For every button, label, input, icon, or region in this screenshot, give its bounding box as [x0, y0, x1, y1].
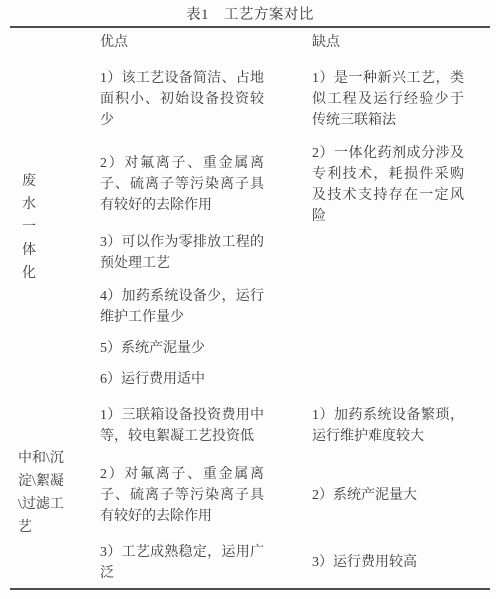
disadvantage-cell: 1）是一种新兴工艺，类似工程及运行经验少于传统三联箱法 — [302, 57, 490, 142]
disadvantage-cell — [302, 335, 490, 362]
advantage-cell: 1）三联箱设备投资费用中等，较电絮凝工艺投资低 — [90, 397, 302, 454]
table-title: 表1 工艺方案对比 — [10, 5, 490, 26]
row-group-label-text: 废 水 一 体 化 — [10, 170, 90, 285]
disadvantage-cell: 3）运行费用较高 — [302, 537, 490, 589]
disadvantage-cell — [302, 279, 490, 335]
col-header-disadvantages: 缺点 — [302, 27, 490, 57]
disadvantage-cell — [302, 362, 490, 397]
advantage-cell: 2）对氟离子、重金属离子、硫离子等污染离子具有较好的去除作用 — [90, 454, 302, 537]
row-group-label-text: 中和\沉 淀\絮凝 \过滤工 艺 — [10, 447, 90, 539]
corner-cell — [10, 27, 90, 57]
disadvantage-cell: 2）系统产泥量大 — [302, 454, 490, 537]
advantage-cell: 3）工艺成熟稳定，运用广泛 — [90, 537, 302, 589]
advantage-cell: 3）可以作为零排放工程的预处理工艺 — [90, 227, 302, 279]
table-header-row: 优点 缺点 — [10, 27, 490, 57]
advantage-cell: 2）对氟离子、重金属离子、硫离子等污染离子具有较好的去除作用 — [90, 142, 302, 227]
advantage-cell: 1）该工艺设备简洁、占地面积小、初始设备投资较少 — [90, 57, 302, 142]
disadvantage-cell: 1）加药系统设备繁琐，运行维护难度较大 — [302, 397, 490, 454]
advantage-cell: 4）加药系统设备少，运行维护工作量少 — [90, 279, 302, 335]
document-page: 表1 工艺方案对比 优点 缺点 废 水 一 体 化 — [0, 0, 496, 590]
advantage-cell: 6）运行费用适中 — [90, 362, 302, 397]
disadvantage-cell: 2）一体化药剂成分涉及专利技术，耗损件采购及技术支持存在一定风险 — [302, 142, 490, 227]
table-row: 废 水 一 体 化 1）该工艺设备简洁、占地面积小、初始设备投资较少 1）是一种… — [10, 57, 490, 142]
table-row: 中和\沉 淀\絮凝 \过滤工 艺 1）三联箱设备投资费用中等，较电絮凝工艺投资低… — [10, 397, 490, 454]
row-group-label-wastewater-integrated: 废 水 一 体 化 — [10, 57, 90, 397]
row-group-label-neutralization-process: 中和\沉 淀\絮凝 \过滤工 艺 — [10, 397, 90, 589]
disadvantage-cell — [302, 227, 490, 279]
advantage-cell: 5）系统产泥量少 — [90, 335, 302, 362]
comparison-table: 优点 缺点 废 水 一 体 化 1）该工艺设备简洁、占地面积小、初始设备投资较少… — [10, 26, 490, 590]
col-header-advantages: 优点 — [90, 27, 302, 57]
